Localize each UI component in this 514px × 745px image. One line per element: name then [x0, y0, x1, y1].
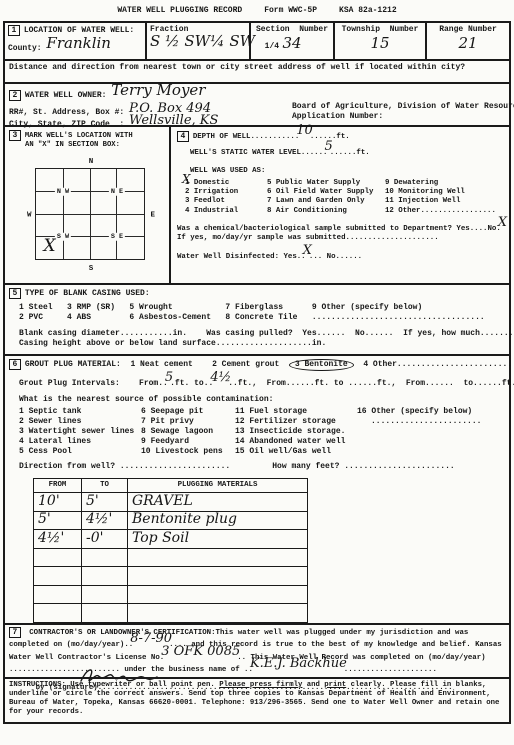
use-options-col1: X 1 Domestic 2 Irrigation 3 Feedlot 4 In…	[185, 179, 267, 216]
material-value: GRAVEL	[132, 493, 193, 509]
distance-question: Distance and direction from nearest town…	[9, 63, 505, 73]
compass-south-label: S	[89, 265, 94, 274]
casing-options: 1 Steel 3 RMP (SR) 5 Wrought 7 Fiberglas…	[19, 303, 505, 323]
fraction-cell: Fraction S ½ SW¼ SW 1/4	[145, 23, 249, 59]
instructions-text-1: INSTRUCTIONS: Use typewriter or ball poi…	[9, 681, 219, 689]
table-row	[34, 548, 308, 567]
from-column-header: FROM	[34, 479, 82, 493]
compass-west-label: W	[27, 212, 32, 221]
instructions-underlined-1: Please press firmly	[219, 681, 302, 689]
table-row	[34, 585, 308, 604]
address-label: RR#, St. Address, Box #:	[9, 108, 124, 117]
quadrant-sw-label: S W	[55, 232, 71, 240]
section5-title: TYPE OF BLANK CASING USED:	[25, 289, 150, 298]
intervals-mid1: .ft. to..	[170, 379, 213, 388]
contamination-option: 2 Sewer lines	[19, 417, 141, 427]
township-number-value: 15	[338, 37, 422, 49]
section3-title-line1: MARK WELL'S LOCATION WITH	[25, 132, 133, 140]
form-title: WATER WELL PLUGGING RECORD	[117, 6, 242, 21]
quadrant-se-label: S E	[109, 232, 125, 240]
intervals-mid2: ..ft., From......ft. to ......ft., From.…	[228, 379, 514, 388]
use-option: 8 Air Conditioning	[267, 207, 385, 216]
use-option: 9 Dewatering	[385, 179, 506, 188]
table-row	[34, 567, 308, 586]
use-option: 7 Lawn and Garden Only	[267, 197, 385, 206]
use-option: 6 Oil Field Water Supply	[267, 188, 385, 197]
use-option: 2 Irrigation	[185, 188, 267, 197]
instructions-underlined-2: print	[324, 681, 346, 689]
static-level-suffix: ......ft.	[330, 149, 370, 157]
section6-number: 6	[9, 359, 21, 370]
section6-grout-box: 6GROUT PLUG MATERIAL: 1 Neat cement 2 Ce…	[3, 354, 511, 625]
disinfected-yes-mark: X	[303, 243, 312, 258]
plugging-materials-table: FROM TO PLUGGING MATERIALS 10' 5' GRAVEL…	[33, 478, 308, 623]
table-row: 10' 5' GRAVEL	[34, 493, 308, 512]
contamination-option: 4 Lateral lines	[19, 437, 141, 447]
contamination-options: 1 Septic tank 2 Sewer lines 3 Watertight…	[19, 407, 505, 457]
section-plot: N W E S N W N E S W S E X	[35, 158, 147, 274]
board-line2: Application Number:	[292, 112, 514, 122]
contamination-option: 14 Abandoned water well	[235, 437, 357, 447]
water-well-plugging-record-form: WATER WELL PLUGGING RECORD Form WWC-5P K…	[0, 0, 514, 745]
table-row: 4½' -0' Top Soil	[34, 530, 308, 549]
direction-distance-line: Direction from well? ...................…	[19, 462, 505, 472]
board-line1: Board of Agriculture, Division of Water …	[292, 102, 514, 112]
compass-east-label: E	[150, 212, 155, 221]
table-row: 5' 4½' Bentonite plug	[34, 511, 308, 530]
form-statute: KSA 82a-1212	[339, 6, 397, 21]
distance-question-box: Distance and direction from nearest town…	[3, 59, 511, 84]
contamination-col4: 16 Other (specify below) ...............…	[357, 407, 505, 457]
from-value: 5'	[38, 511, 51, 527]
casing-diameter-line: Blank casing diameter...........in. Was …	[19, 329, 505, 339]
contamination-option: 6 Seepage pit	[141, 407, 235, 417]
compass-north-label: N	[89, 158, 94, 167]
section5-casing-box: 5TYPE OF BLANK CASING USED: 1 Steel 3 RM…	[3, 283, 511, 356]
section4-well-details-box: 4DEPTH OF WELL...........10......ft. WEL…	[171, 127, 509, 283]
static-level-label: WELL'S STATIC WATER LEVEL......	[190, 149, 328, 157]
disinfected-label: Water Well Disinfected: Yes..	[177, 253, 306, 261]
static-level-value: 5	[325, 139, 333, 154]
use-domestic-x-mark: X	[182, 175, 191, 185]
how-many-feet-label: How many feet? .......................	[272, 462, 454, 472]
to-value: -0'	[86, 530, 104, 546]
contamination-option: 8 Sewage lagoon	[141, 427, 235, 437]
sample-date-question: If yes, mo/day/yr sample was submitted..…	[177, 234, 506, 243]
instructions-box: INSTRUCTIONS: Use typewriter or ball poi…	[3, 677, 511, 724]
section6-title: GROUT PLUG MATERIAL:	[25, 360, 121, 369]
well-use-options: X 1 Domestic 2 Irrigation 3 Feedlot 4 In…	[185, 179, 506, 216]
material-value: Top Soil	[132, 530, 189, 546]
contamination-col2: 6 Seepage pit 7 Pit privy 8 Sewage lagoo…	[141, 407, 235, 457]
contamination-option: 5 Cess Pool	[19, 447, 141, 457]
business-name-value: K.E.J. Backhue	[250, 656, 347, 671]
location-cell: 1LOCATION OF WATER WELL: County: Frankli…	[5, 23, 145, 59]
used-as-label: WELL WAS USED AS:	[190, 167, 506, 176]
from-value: 4½'	[38, 530, 64, 546]
sample-question: Was a chemical/bacteriological sample su…	[177, 225, 501, 233]
use-options-col2: 5 Public Water Supply 6 Oil Field Water …	[267, 179, 385, 216]
county-value: Franklin	[46, 34, 111, 52]
instructions-text-2: and	[302, 681, 324, 689]
range-number-value: 21	[430, 37, 506, 49]
section2-number: 2	[9, 90, 21, 101]
board-of-agriculture-block: Board of Agriculture, Division of Water …	[292, 102, 514, 122]
use-option: 3 Feedlot	[185, 197, 267, 206]
certification-text-4: .....................	[344, 666, 437, 674]
contamination-other-blank: .......................	[371, 417, 505, 427]
interval-to-value: 4½	[210, 370, 231, 385]
contamination-option: 11 Fuel storage	[235, 407, 357, 417]
form-number: Form WWC-5P	[264, 6, 317, 21]
disinfected-suffix: ... No......	[309, 253, 362, 261]
owner-value: Terry Moyer	[111, 81, 205, 99]
section-number-value: 34	[254, 37, 330, 49]
use-option: 11 Injection Well	[385, 197, 506, 206]
county-label: County:	[8, 44, 42, 53]
use-option: 5 Public Water Supply	[267, 179, 385, 188]
contamination-option: 1 Septic tank	[19, 407, 141, 417]
contamination-col1: 1 Septic tank 2 Sewer lines 3 Watertight…	[19, 407, 141, 457]
use-options-col3: 9 Dewatering 10 Monitoring Well 11 Injec…	[385, 179, 506, 216]
use-option: 10 Monitoring Well	[385, 188, 506, 197]
contamination-question: What is the nearest source of possible c…	[19, 395, 505, 405]
owner-label: WATER WELL OWNER:	[25, 91, 107, 100]
depth-value: 10	[296, 123, 313, 138]
section7-certification-box: 7 CONTRACTOR'S OR LANDOWNER'S CERTIFICAT…	[3, 623, 511, 679]
section7-number: 7	[9, 627, 21, 638]
contamination-option: 12 Fertilizer storage	[235, 417, 357, 427]
quadrant-nw-label: N W	[55, 187, 71, 195]
section3-number: 3	[9, 130, 21, 141]
use-option: 4 Industrial	[185, 207, 267, 216]
section2-owner-box: 2WATER WELL OWNER: Terry Moyer RR#, St. …	[3, 82, 511, 127]
contamination-option: 13 Insecticide storage.	[235, 427, 357, 437]
contamination-option: 7 Pit privy	[141, 417, 235, 427]
grout-option-2: 2 Cement grout	[212, 360, 279, 369]
form-header: WATER WELL PLUGGING RECORD Form WWC-5P K…	[0, 0, 514, 21]
contamination-option: 10 Livestock pens	[141, 447, 235, 457]
grout-option-1: 1 Neat cement	[130, 360, 192, 369]
grout-option-3-circled: 3 Bentonite	[289, 359, 354, 371]
section34-row: 3MARK WELL'S LOCATION WITH AN "X" IN SEC…	[3, 125, 511, 285]
fraction-value: S ½ SW¼ SW	[150, 32, 255, 50]
section3-title-line2: AN "X" IN SECTION BOX:	[25, 141, 165, 150]
grout-option-4: 4 Other........................	[363, 360, 512, 369]
interval-from-value: 5	[165, 370, 173, 385]
range-number-cell: Range Number 21	[425, 23, 509, 59]
well-location-x-mark: X	[43, 240, 55, 254]
section3-mark-location-box: 3MARK WELL'S LOCATION WITH AN "X" IN SEC…	[5, 127, 171, 283]
township-number-cell: Township Number 15	[333, 23, 425, 59]
materials-column-header: PLUGGING MATERIALS	[128, 479, 308, 493]
intervals-label: Grout Plug Intervals: From..	[19, 379, 168, 388]
depth-label: DEPTH OF WELL...........	[193, 133, 299, 141]
sample-no-mark: X	[498, 215, 507, 230]
section-grid: N W N E S W S E X	[35, 168, 145, 260]
license-number-value: 3 OFK 0085	[161, 644, 240, 659]
to-value: 4½'	[86, 511, 112, 527]
section1-number: 1	[8, 25, 20, 36]
contamination-option: 15 Oil well/Gas well	[235, 447, 357, 457]
contamination-col3: 11 Fuel storage 12 Fertilizer storage 13…	[235, 407, 357, 457]
section4-number: 4	[177, 131, 189, 142]
contamination-option: 3 Watertight sewer lines	[19, 427, 141, 437]
casing-options-row1: 1 Steel 3 RMP (SR) 5 Wrought 7 Fiberglas…	[19, 303, 505, 313]
to-value: 5'	[86, 493, 99, 509]
casing-height-line: Casing height above or below land surfac…	[19, 339, 505, 349]
to-column-header: TO	[82, 479, 128, 493]
table-header-row: FROM TO PLUGGING MATERIALS	[34, 479, 308, 493]
contamination-option: 9 Feedyard	[141, 437, 235, 447]
quadrant-ne-label: N E	[109, 187, 125, 195]
section5-number: 5	[9, 288, 21, 299]
contamination-option: 16 Other (specify below)	[357, 407, 505, 417]
material-value: Bentonite plug	[132, 511, 237, 527]
section-number-cell: Section Number 34	[249, 23, 333, 59]
casing-options-row2: 2 PVC 4 ABS 6 Asbestos-Cement 8 Concrete…	[19, 313, 505, 323]
from-value: 10'	[38, 493, 60, 509]
direction-from-well-label: Direction from well? ...................…	[19, 462, 230, 472]
use-option: 12 Other.................	[385, 207, 506, 216]
table-row	[34, 604, 308, 623]
section1-location-box: 1LOCATION OF WATER WELL: County: Frankli…	[3, 21, 511, 61]
use-option: 1 Domestic	[185, 179, 267, 188]
